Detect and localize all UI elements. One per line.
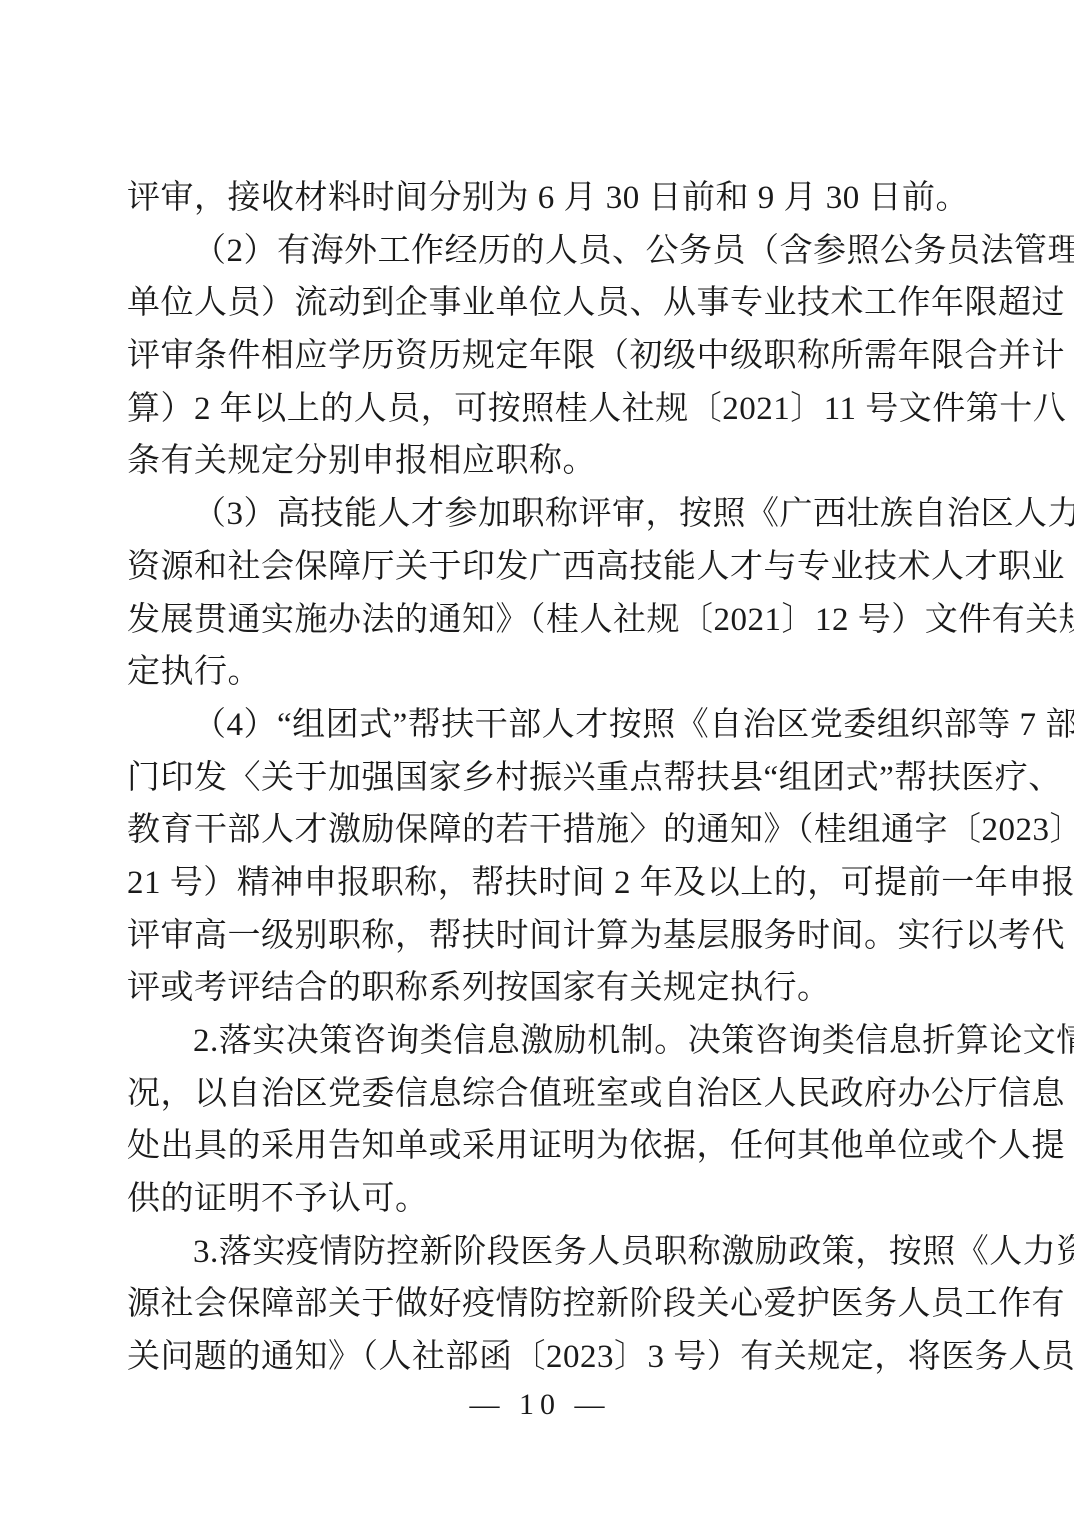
text-line: 评审，接收材料时间分别为 6 月 30 日前和 9 月 30 日前。 <box>127 172 953 225</box>
text-line: 2.落实决策咨询类信息激励机制。决策咨询类信息折算论文情 <box>127 1015 953 1068</box>
text-line: 评或考评结合的职称系列按国家有关规定执行。 <box>127 962 953 1015</box>
text-line: 条有关规定分别申报相应职称。 <box>127 435 953 488</box>
text-line: 单位人员）流动到企事业单位人员、从事专业技术工作年限超过 <box>127 277 953 330</box>
document-page: 评审，接收材料时间分别为 6 月 30 日前和 9 月 30 日前。 （2）有海… <box>0 0 1074 1520</box>
text-line: 教育干部人才激励保障的若干措施〉的通知》（桂组通字〔2023〕 <box>127 804 953 857</box>
text-line: 关问题的通知》（人社部函〔2023〕3 号）有关规定，将医务人员 <box>127 1331 953 1384</box>
text-line: 3.落实疫情防控新阶段医务人员职称激励政策，按照《人力资 <box>127 1226 953 1279</box>
text-line: 定执行。 <box>127 646 953 699</box>
text-line: 供的证明不予认可。 <box>127 1173 953 1226</box>
document-body-text: 评审，接收材料时间分别为 6 月 30 日前和 9 月 30 日前。 （2）有海… <box>127 172 953 1384</box>
text-line: （3）高技能人才参加职称评审，按照《广西壮族自治区人力 <box>127 488 953 541</box>
text-line: 评审条件相应学历资历规定年限（初级中级职称所需年限合并计 <box>127 330 953 383</box>
text-line: （2）有海外工作经历的人员、公务员（含参照公务员法管理 <box>127 225 953 278</box>
text-line: 发展贯通实施办法的通知》（桂人社规〔2021〕12 号）文件有关规 <box>127 594 953 647</box>
text-line: 算）2 年以上的人员，可按照桂人社规〔2021〕11 号文件第十八 <box>127 383 953 436</box>
text-line: 源社会保障部关于做好疫情防控新阶段关心爱护医务人员工作有 <box>127 1278 953 1331</box>
text-line: 评审高一级别职称，帮扶时间计算为基层服务时间。实行以考代 <box>127 910 953 963</box>
text-line: 资源和社会保障厅关于印发广西高技能人才与专业技术人才职业 <box>127 541 953 594</box>
text-line: 门印发〈关于加强国家乡村振兴重点帮扶县“组团式”帮扶医疗、 <box>127 752 953 805</box>
text-line: （4）“组团式”帮扶干部人才按照《自治区党委组织部等 7 部 <box>127 699 953 752</box>
page-number: — 10 — <box>127 1388 953 1422</box>
text-line: 21 号）精神申报职称，帮扶时间 2 年及以上的，可提前一年申报 <box>127 857 953 910</box>
text-line: 况，以自治区党委信息综合值班室或自治区人民政府办公厅信息 <box>127 1068 953 1121</box>
text-line: 处出具的采用告知单或采用证明为依据，任何其他单位或个人提 <box>127 1120 953 1173</box>
